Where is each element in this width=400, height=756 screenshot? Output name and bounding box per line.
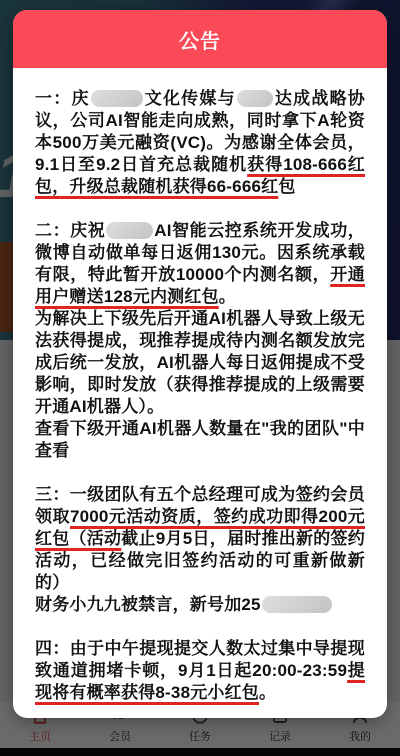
section-two-note: 为解决上下级先后开通AI机器人导致上级无法获得提成，现推荐提成待内测名额发放完成… [35, 308, 365, 418]
announcement-text: 。 [219, 287, 236, 306]
section-three-note: 财务小九九被禁言，新号加25 [35, 594, 365, 616]
announcement-text: 财务小九九被禁言，新号加25 [35, 595, 261, 614]
announcement-text: 文化传媒与 [144, 89, 236, 108]
redacted-blob [237, 90, 273, 107]
section-two: 二：庆祝AI智能云控系统开发成功，微博自动做单每日返佣130元。因系统承载有限，… [35, 220, 365, 308]
announcement-title: 公告 [179, 25, 221, 54]
announcement-text: 。 [259, 683, 276, 702]
announcement-text: 二：庆祝 [35, 221, 105, 240]
announcement-body[interactable]: 一：庆文化传媒与达成战略协议，公司AI智能走向成熟，同时拿下A轮资本500万美元… [13, 68, 387, 718]
announcement-modal: 公告 一：庆文化传媒与达成战略协议，公司AI智能走向成熟，同时拿下A轮资本500… [13, 10, 387, 718]
announcement-header: 公告 [13, 10, 387, 68]
section-one: 一：庆文化传媒与达成战略协议，公司AI智能走向成熟，同时拿下A轮资本500万美元… [35, 88, 365, 198]
announcement-text: 为解决上下级先后开通AI机器人导致上级无法获得提成，现推荐提成待内测名额发放完成… [35, 309, 365, 416]
redacted-blob [91, 90, 143, 107]
redacted-blob [106, 222, 153, 239]
section-two-tip: 查看下级开通AI机器人数量在"我的团队"中查看 [35, 418, 365, 462]
section-four: 四：由于中午提现提交人数太过集中导提现致通道拥堵卡顿，9月1日起20:00-23… [35, 638, 365, 704]
announcement-text: 四：由于中午提现提交人数太过集中导提现致通道拥堵卡顿，9月1日起20:00-23… [35, 639, 365, 680]
announcement-text: 一：庆 [35, 89, 90, 108]
gesture-bar [0, 748, 400, 756]
announcement-text: 包 [278, 177, 295, 196]
announcement-text: 查看下级开通AI机器人数量在"我的团队"中查看 [35, 419, 365, 460]
app-screen: 1 主页 VIP 会员 任务 记录 [0, 0, 400, 756]
redacted-blob [262, 596, 332, 613]
section-three: 三：一级团队有五个总经理可成为签约会员领取7000元活动资质，签约成功即得200… [35, 484, 365, 594]
